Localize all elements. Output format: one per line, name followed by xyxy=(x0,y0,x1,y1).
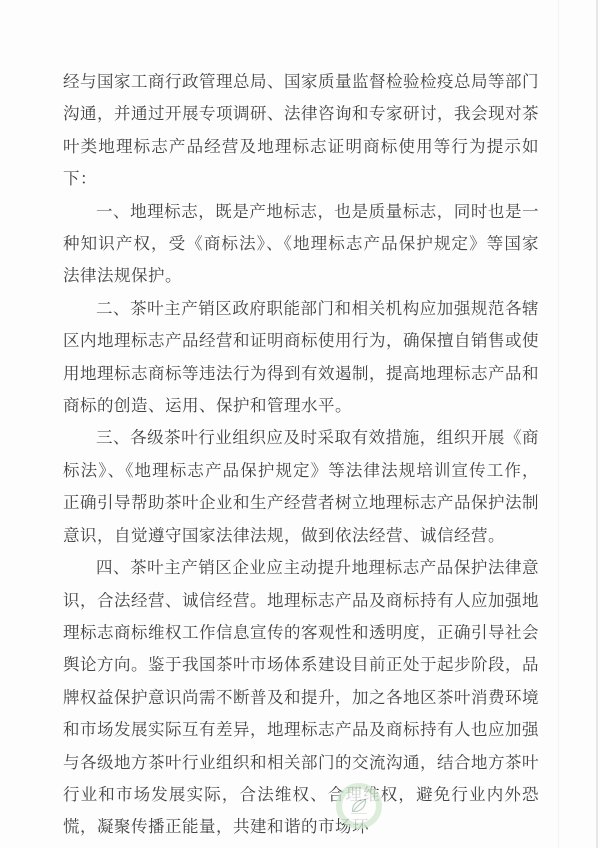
document-text-block: 经与国家工商行政管理总局、国家质量监督检验检疫总局等部门沟通，并通过开展专项调研… xyxy=(63,66,539,844)
body-paragraph: 经与国家工商行政管理总局、国家质量监督检验检疫总局等部门沟通，并通过开展专项调研… xyxy=(63,66,539,196)
body-paragraph: 三、各级茶叶行业组织应及时采取有效措施，组织开展《商标法》、《地理标志产品保护规… xyxy=(63,422,539,552)
body-paragraph: 一、地理标志，既是产地标志，也是质量标志，同时也是一种知识产权，受《商标法》、《… xyxy=(63,196,539,293)
leaf-icon xyxy=(345,792,373,820)
scan-edge-line xyxy=(558,0,559,848)
green-leaf-seal-icon xyxy=(336,783,382,829)
body-paragraph: 四、茶叶主产销区企业应主动提升地理标志产品保护法律意识，合法经营、诚信经营。地理… xyxy=(63,552,539,844)
scan-edge-line xyxy=(596,0,598,848)
body-paragraph: 二、茶叶主产销区政府职能部门和相关机构应加强规范各辖区内地理标志产品经营和证明商… xyxy=(63,293,539,423)
scanned-document-page: { "page": { "background_color": "#fdfdfd… xyxy=(0,0,600,848)
